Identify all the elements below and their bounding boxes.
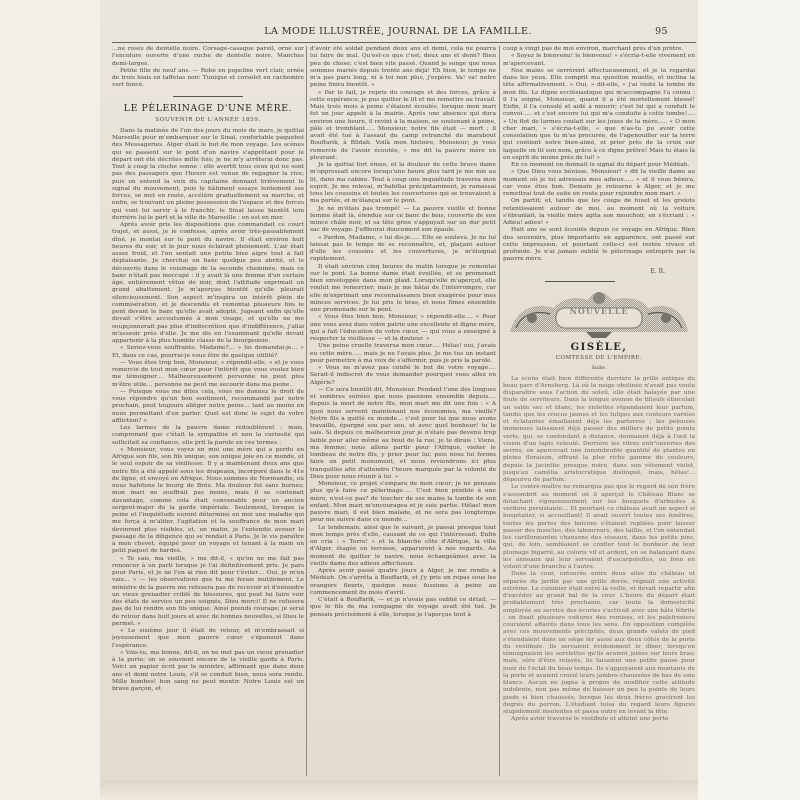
carryover-paragraph: Petite fille de neuf ans. — Robe en pope… [112, 68, 304, 90]
masthead: LA MODE ILLUSTRÉE, JOURNAL DE LA FAMILLE… [130, 26, 666, 40]
story-paragraph: Dans la cour, entourée entre deux ailes … [503, 571, 695, 716]
article-subtitle: SOUVENIR DE L'ANNÉE 1859. [112, 117, 304, 124]
nouvelle-banner-engraving: NOUVELLE [506, 288, 692, 340]
paragraph: « Vous ne m'avez pas confié le but de vo… [310, 365, 496, 387]
story-paragraph: Le contre-maître ne remarqua pas que le … [503, 484, 695, 571]
paragraph: Le lendemain, ainsi que le suivant, je p… [310, 525, 496, 569]
masthead-rule [112, 42, 696, 43]
paragraph: « Te sais, ma vieille, » me dit-il, « qu… [112, 556, 304, 629]
paragraph: « Par le fait, je repris du courage et d… [310, 90, 496, 163]
paragraph: Il était environ cinq heures du matin lo… [310, 264, 496, 315]
paragraph: Les larmes de la pauvre dame redoublèren… [112, 425, 304, 447]
scan-right-margin [698, 0, 800, 800]
paragraph: Monsieur, ce projet s'empara de mon cœur… [310, 481, 496, 525]
paragraph: Je ne m'étais pas trompé! — La pauvre vi… [310, 206, 496, 235]
story-title: GISÈLE, [503, 344, 695, 351]
paragraph: Nos mains se serrèrent affectueusement, … [503, 68, 695, 162]
paragraph: Dans la matinée de l'un des jours du moi… [112, 128, 304, 222]
story-paragraph: Après avoir traversé le vestibule et att… [503, 716, 695, 723]
story-continuation-note: Suite. [503, 365, 695, 372]
column-divider [499, 46, 500, 776]
paragraph: — Puisque vous me dites cela, vous me do… [112, 389, 304, 425]
paragraph: « Seriez-vous souffrante, Madame?… » lui… [112, 345, 304, 360]
journal-title: LA MODE ILLUSTRÉE, JOURNAL DE LA FAMILLE… [130, 26, 666, 37]
banner-label: NOUVELLE [570, 308, 629, 315]
column-3: coup à vingt pas de moi environ, marchan… [503, 46, 695, 781]
paragraph: d'avoir été soldat pendant deux ans et d… [310, 46, 496, 90]
section-rule [173, 96, 243, 97]
paragraph: Une peine cruelle traversa mon cœur…. Hé… [310, 343, 496, 365]
paragraph: Huit ans se sont écoulés depuis ce voyag… [503, 227, 695, 263]
paragraph: « Monsieur, vous voyez en moi une mère q… [112, 447, 304, 556]
paragraph: — Ce sera bientôt dit, Monsieur. Pendant… [310, 387, 496, 481]
paragraph: — Vous êtes trop bon, Monsieur, » répond… [112, 360, 304, 389]
paragraph: « Soyez le bienvenu! le bienvenu! » s'éc… [503, 53, 695, 68]
page-bottom-edge [100, 780, 698, 800]
column-1: …ne roses de dentelle noire. Corsage-cas… [112, 46, 304, 781]
author-signature: E. R. [503, 268, 695, 275]
paragraph: « Le sixième jour il était de retour, et… [112, 628, 304, 650]
paragraph: Je la quittai fort émue, et la douleur d… [310, 162, 496, 206]
paragraph: « Vois-tu, ma bonne, dit-il, on ne met p… [112, 650, 304, 694]
paragraph: C'était à Bouffarik, — et je n'avais pas… [310, 597, 496, 619]
paragraph: « Pardon, Madame, » lui dis-je….. Elle s… [310, 235, 496, 264]
carryover-paragraph: …ne roses de dentelle noire. Corsage-cas… [112, 46, 304, 68]
article-title: LE PÈLERINAGE D'UNE MÈRE. [112, 103, 304, 115]
page-number: 95 [655, 26, 668, 37]
column-2: d'avoir été soldat pendant deux ans et d… [310, 46, 496, 781]
paragraph: Après avoir passé quatre jours à Alger, … [310, 568, 496, 597]
section-rule [545, 281, 615, 282]
paragraph: On partit; et, tandis que les coups de f… [503, 198, 695, 227]
paragraph: « Que Dieu vous bénisse, Monsieur! » dit… [503, 169, 695, 198]
paragraph: « Vous êtes bien bon, Monsieur, » répond… [310, 314, 496, 343]
column-divider [306, 46, 307, 776]
paragraph: Après avoir pris les dispositions que co… [112, 222, 304, 345]
story-subtitle: COMTESSE DE L'EMPIRE. [503, 355, 695, 362]
story-paragraph: La scène était bien différente derrière … [503, 376, 695, 485]
